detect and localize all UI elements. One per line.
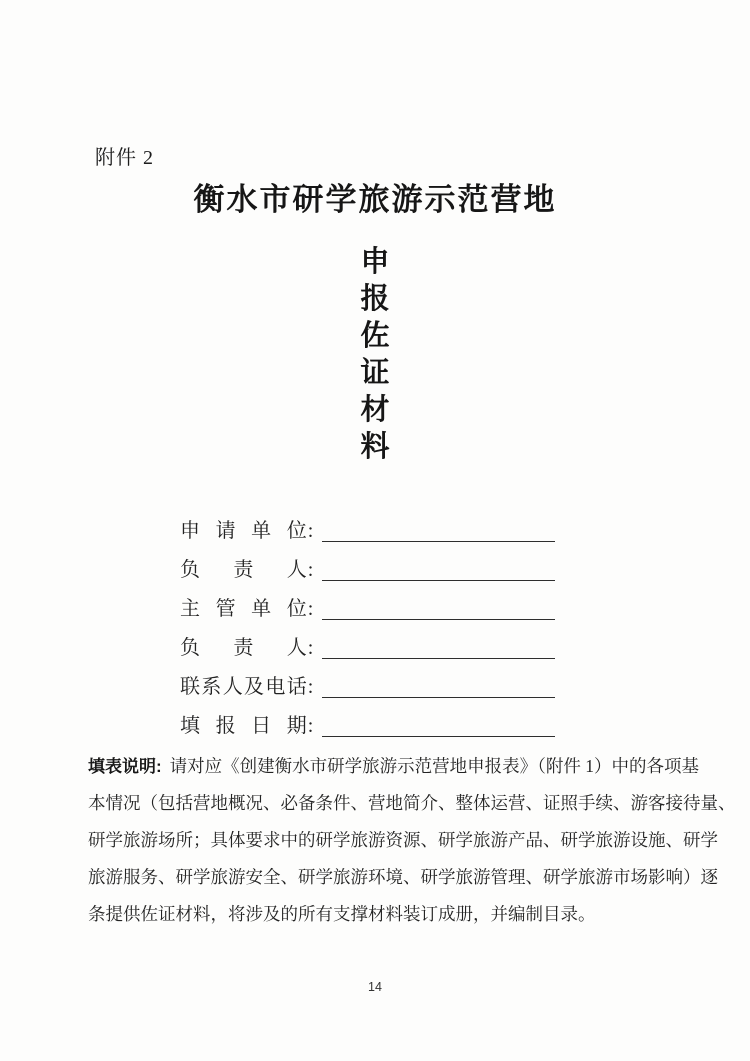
vertical-title-char: 佐 — [0, 318, 750, 355]
instructions-line: 旅游服务、研学旅游安全、研学旅游环境、研学旅游管理、研学旅游市场影响）逐 — [88, 859, 692, 896]
field-colon: : — [308, 520, 314, 542]
field-label: 负责人 — [180, 559, 307, 581]
vertical-title-char: 料 — [0, 429, 750, 466]
form-row-person-in-charge-1: 负责人 : — [180, 542, 555, 581]
instructions-lead: 填表说明: — [88, 757, 162, 776]
vertical-title-char: 申 — [0, 244, 750, 281]
field-colon: : — [308, 676, 314, 698]
form-row-person-in-charge-2: 负责人 : — [180, 620, 555, 659]
page-number: 14 — [0, 980, 750, 994]
field-label: 负责人 — [180, 637, 307, 659]
instructions-line: 研学旅游场所；具体要求中的研学旅游资源、研学旅游产品、研学旅游设施、研学 — [88, 822, 692, 859]
field-label: 填报日期 — [180, 715, 307, 737]
instructions-line: 本情况（包括营地概况、必备条件、营地简介、整体运营、证照手续、游客接待量、 — [88, 785, 692, 822]
form-row-contact-phone: 联系人及电话 : — [180, 659, 555, 698]
fill-in-line — [322, 502, 555, 542]
field-label: 主管单位 — [180, 598, 307, 620]
fill-in-line — [322, 541, 555, 581]
form-row-filing-date: 填报日期 : — [180, 698, 555, 737]
field-colon: : — [308, 715, 314, 737]
field-label: 申请单位 — [180, 520, 307, 542]
form-row-supervising-unit: 主管单位 : — [180, 581, 555, 620]
instructions-text: 请对应《创建衡水市研学旅游示范营地申报表》（附件 1）中的各项基 — [170, 756, 699, 776]
filling-instructions: 填表说明:请对应《创建衡水市研学旅游示范营地申报表》（附件 1）中的各项基 本情… — [88, 748, 692, 933]
vertical-title-char: 证 — [0, 355, 750, 392]
vertical-title-char: 报 — [0, 281, 750, 318]
vertical-title: 申 报 佐 证 材 料 — [0, 244, 750, 466]
field-colon: : — [308, 559, 314, 581]
fill-in-line — [322, 580, 555, 620]
application-form: 申请单位 : 负责人 : 主管单位 : 负责人 : 联系人及电话 : 填报日期 … — [180, 503, 555, 737]
fill-in-line — [322, 658, 555, 698]
instructions-line: 填表说明:请对应《创建衡水市研学旅游示范营地申报表》（附件 1）中的各项基 — [88, 748, 692, 785]
field-colon: : — [308, 598, 314, 620]
vertical-title-char: 材 — [0, 392, 750, 429]
instructions-line: 条提供佐证材料，将涉及的所有支撑材料装订成册，并编制目录。 — [88, 896, 692, 933]
document-page: 附件 2 衡水市研学旅游示范营地 申 报 佐 证 材 料 申请单位 : 负责人 … — [0, 0, 750, 1061]
attachment-label: 附件 2 — [95, 141, 154, 170]
field-label: 联系人及电话 — [180, 676, 307, 698]
fill-in-line — [322, 697, 555, 737]
form-row-applying-unit: 申请单位 : — [180, 503, 555, 542]
document-title: 衡水市研学旅游示范营地 — [0, 174, 750, 219]
fill-in-line — [322, 619, 555, 659]
field-colon: : — [308, 637, 314, 659]
